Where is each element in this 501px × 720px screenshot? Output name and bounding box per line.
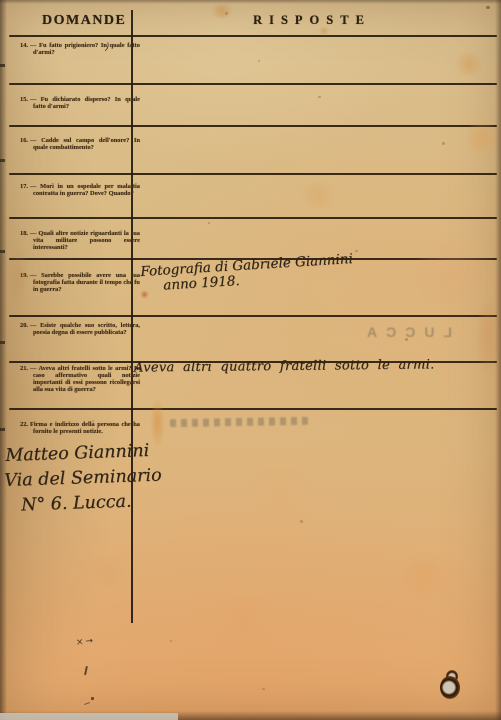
question-number: 17. xyxy=(20,183,28,190)
stain xyxy=(246,446,312,532)
row-divider xyxy=(9,315,497,317)
question-number: 20. xyxy=(20,322,28,329)
question-20: 20.— Esiste qualche suo scritto, lettera… xyxy=(20,322,140,336)
question-22: 22.Firma e indirizzo della persona che h… xyxy=(20,421,140,435)
pen-scribble-mark: ×→ xyxy=(76,636,96,648)
pen-dot-mark xyxy=(91,697,94,700)
foxing-speck xyxy=(442,142,445,145)
row-divider xyxy=(9,408,497,410)
foxing-speck xyxy=(262,688,265,690)
pen-dash-mark xyxy=(84,702,90,705)
stain xyxy=(296,182,340,208)
burn-hole-ring xyxy=(440,676,460,699)
stain xyxy=(476,295,500,379)
foxing-speck xyxy=(318,96,321,98)
margin-tick xyxy=(0,341,5,344)
page-edge-shadow xyxy=(0,0,7,720)
margin-tick xyxy=(0,64,5,67)
signature-city: N° 6. Lucca. xyxy=(21,489,163,519)
question-number: 22. xyxy=(20,421,28,428)
foxing-speck xyxy=(170,640,172,642)
stain xyxy=(392,552,456,600)
domande-header: DOMANDE xyxy=(42,13,126,29)
stain xyxy=(86,556,130,588)
scanner-backing-strip xyxy=(0,713,178,720)
question-19: 19.— Sarebbe possibile avere una sua fot… xyxy=(20,272,140,293)
question-15: 15.— Fu dichiarato disperso? In quale fa… xyxy=(20,96,140,110)
row-divider xyxy=(9,125,497,127)
question-text: — Aveva altri fratelli sotto le armi? In… xyxy=(30,365,140,393)
foxing-speck xyxy=(208,222,210,224)
question-21: 21.— Aveva altri fratelli sotto le armi?… xyxy=(20,365,140,393)
foxing-speck xyxy=(300,520,303,523)
question-text: Firma e indirizzo della persona che ha f… xyxy=(30,421,140,435)
burn-hole xyxy=(440,670,462,700)
question-number: 16. xyxy=(20,137,28,144)
bleedthrough-text-smudge xyxy=(170,417,308,427)
question-number: 19. xyxy=(20,272,28,279)
question-text: — Esiste qualche suo scritto, lettera, p… xyxy=(30,322,140,336)
bleedthrough-stamp: LUCCA xyxy=(312,324,452,340)
page-edge-shadow xyxy=(495,0,501,720)
signature-block: Matteo Giannini Via del Seminario N° 6. … xyxy=(5,439,163,519)
row-divider xyxy=(9,35,497,37)
question-text: — Fu dichiarato disperso? In quale fatto… xyxy=(30,96,140,110)
pen-dash-mark xyxy=(84,666,87,675)
question-text: — Morì in un ospedale per malattia contr… xyxy=(30,183,140,197)
question-18: 18.— Quali altre notizie riguardanti la … xyxy=(20,230,140,251)
question-text: — Sarebbe possibile avere una sua fotogr… xyxy=(30,272,140,293)
question-17: 17.— Morì in un ospedale per malattia co… xyxy=(20,183,140,197)
page-edge-shadow xyxy=(0,0,501,4)
margin-tick xyxy=(0,428,5,431)
question-number: 14. xyxy=(20,42,28,49)
question-text: — Cadde sul campo dell'onore? In quale c… xyxy=(30,137,140,151)
handwritten-answer-brothers: Aveva altri quattro fratelli sotto le ar… xyxy=(134,357,435,375)
margin-tick xyxy=(0,250,5,253)
question-text: — Fu fatto prigioniero? In quale fatto d… xyxy=(30,42,140,56)
risposte-header: RISPOSTE xyxy=(132,13,492,28)
row-divider xyxy=(9,83,497,85)
foxing-speck xyxy=(355,250,358,252)
stain xyxy=(468,115,496,161)
row-divider xyxy=(9,217,497,219)
foxing-speck xyxy=(258,60,260,62)
question-text: — Quali altre notizie riguardanti la sua… xyxy=(30,230,140,251)
stain xyxy=(452,52,486,76)
question-number: 15. xyxy=(20,96,28,103)
row-divider xyxy=(9,173,497,175)
stain xyxy=(198,596,292,648)
stain xyxy=(415,225,495,325)
foxing-speck xyxy=(486,6,490,9)
question-16: 16.— Cadde sul campo dell'onore? In qual… xyxy=(20,137,140,151)
margin-tick xyxy=(0,159,5,162)
question-14: 14.— Fu fatto prigioniero? In quale fatt… xyxy=(20,42,140,56)
question-number: 18. xyxy=(20,230,28,237)
questionnaire-page: DOMANDE RISPOSTE 14.— Fu fatto prigionie… xyxy=(0,0,501,720)
question-number: 21. xyxy=(20,365,28,372)
